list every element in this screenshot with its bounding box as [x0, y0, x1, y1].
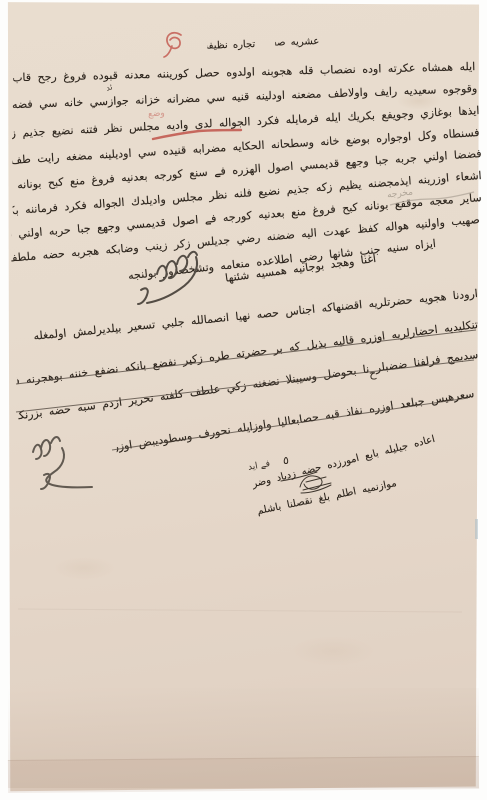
document-scan-page: { "document": { "header": { "left_word":…	[0, 0, 487, 800]
lone-letter-mark: ح	[368, 367, 376, 381]
paper-edge-artifact	[475, 519, 478, 539]
header-word-left: تجاره نظيفه	[207, 37, 255, 54]
header-word-right: عشريه صفيه	[275, 34, 319, 51]
date-number: ٥	[283, 454, 289, 467]
faint-red-pencil-word: وضع	[148, 108, 165, 119]
